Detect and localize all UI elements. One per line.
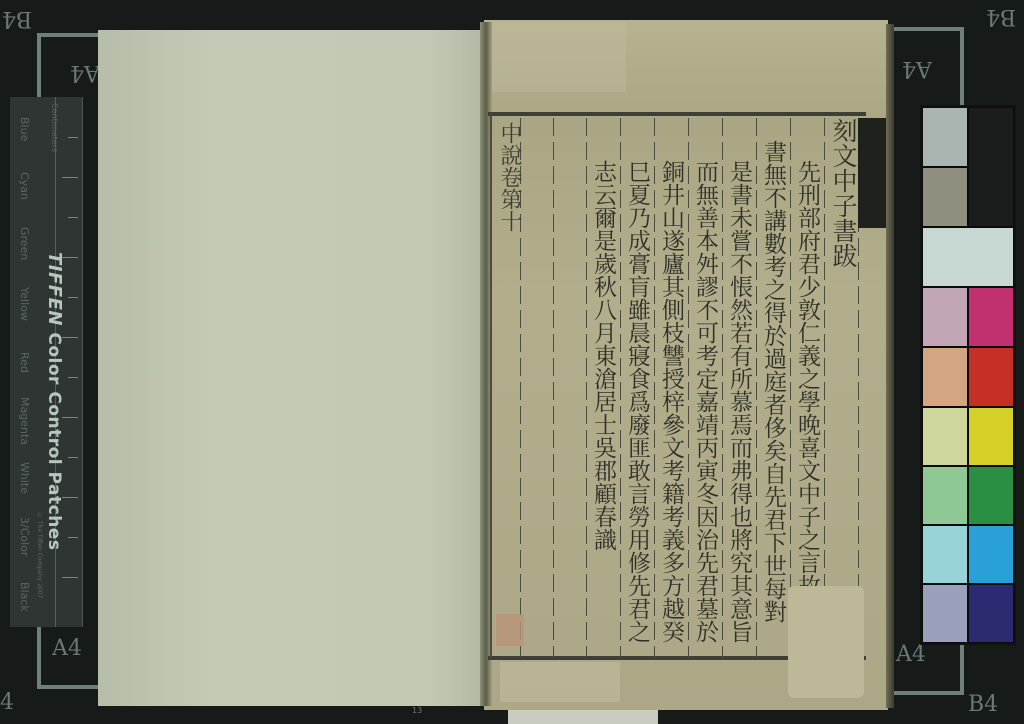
swatch-dark-blue <box>968 584 1014 643</box>
column-rule <box>654 118 655 658</box>
color-patch-chart <box>920 105 1016 645</box>
tiffen-logo: TIFFEN <box>44 252 65 326</box>
column-rule <box>688 118 689 658</box>
column-rule <box>790 118 791 658</box>
text-column-5: 銅井山遂廬其側枝讐授梓參文考籍考義多方越癸 <box>656 160 686 643</box>
red-seal-stamp <box>496 614 524 646</box>
swatch-light-grey <box>922 107 968 167</box>
tiffen-brand-title: TIFFEN Color Control Patches <box>44 252 65 550</box>
swatch-light-cyan <box>922 525 968 584</box>
tiffen-product-title: Color Control Patches <box>44 332 64 550</box>
swatch-light-red <box>922 347 968 407</box>
column-rule <box>620 118 621 658</box>
text-column-2: 書無不講數考之得於過庭者侈矣自先君下世每對 <box>758 140 788 623</box>
block-margin-title: 中說卷第十 <box>494 122 525 232</box>
left-blank-page <box>98 30 486 706</box>
text-column-3: 是書未嘗不悵然若有所慕焉而弗得也將究其意旨 <box>724 160 754 643</box>
swatch-green <box>968 466 1014 525</box>
board-mark-a4-top-left: A4 <box>70 60 100 85</box>
swatch-light-blue <box>922 584 968 643</box>
paper-damage-bottom <box>500 662 620 702</box>
tiffen-fine-print: © The Tiffen Company 2007 <box>36 512 43 598</box>
patch-label-blue: Blue <box>18 117 31 141</box>
patch-label-red: Red <box>18 352 31 373</box>
text-column-title: 刻文中子書跋 <box>826 118 860 268</box>
patch-label-magenta: Magenta <box>18 397 31 445</box>
text-column-1: 先刑部府君少敦仁義之學晚喜文中子之言故於 <box>792 160 822 620</box>
patch-label-cyan: Cyan <box>18 172 31 200</box>
page-frame-top-rule <box>488 112 866 116</box>
column-rule <box>553 118 554 658</box>
text-column-4: 而無善本舛謬不可考定嘉靖丙寅冬因治先君墓於 <box>690 160 720 643</box>
text-column-7: 志云爾是歲秋八月東滄居士吳郡顧春識 <box>588 160 618 551</box>
board-mark-b4-top-right: B4 <box>986 4 1016 29</box>
board-mark-4-bottom-left: 4 <box>0 690 14 715</box>
patch-label-black: Black <box>18 582 31 612</box>
swatch-mid-grey <box>922 167 968 227</box>
swatch-red <box>968 347 1014 407</box>
swatch-light-yellow <box>922 407 968 466</box>
patch-label-3color: 3/Color <box>18 517 31 556</box>
patch-label-green: Green <box>18 227 31 260</box>
left-page-footer-number: 13 <box>412 706 422 715</box>
swatch-cyan <box>968 525 1014 584</box>
column-rule <box>722 118 723 658</box>
swatch-white <box>922 227 1014 287</box>
paper-damage-top <box>486 22 626 92</box>
text-column-6: 巳夏乃成膏肓雖晨寢食爲廢匪敢言勞用修先君之 <box>622 160 652 643</box>
swatch-light-green <box>922 466 968 525</box>
swatch-light-magenta <box>922 287 968 347</box>
ink-smudge-margin <box>858 118 886 228</box>
swatch-yellow <box>968 407 1014 466</box>
board-mark-b4-top-left: B4 <box>2 6 32 31</box>
page-frame-left-rule <box>490 114 492 658</box>
board-mark-a4-top-right: A4 <box>902 56 932 81</box>
ruler-label-centimeters: Centimeters <box>50 103 59 152</box>
column-rule <box>756 118 757 658</box>
page-fore-edge <box>886 24 894 708</box>
tiffen-color-control-strip: Centimeters Blue Cyan Green Yellow Red M… <box>10 97 83 627</box>
column-rule <box>586 118 587 658</box>
swatch-black-1 <box>968 107 1014 227</box>
board-mark-b4-bottom-right: B4 <box>968 692 998 717</box>
column-rule <box>824 118 825 658</box>
paper-repair-patch <box>788 586 864 698</box>
board-mark-a4-bottom-left: A4 <box>52 636 82 661</box>
board-mark-a4-bottom-right: A4 <box>896 642 926 667</box>
swatch-magenta <box>968 287 1014 347</box>
patch-label-yellow: Yellow <box>18 287 31 321</box>
patch-label-white: White <box>18 462 31 494</box>
